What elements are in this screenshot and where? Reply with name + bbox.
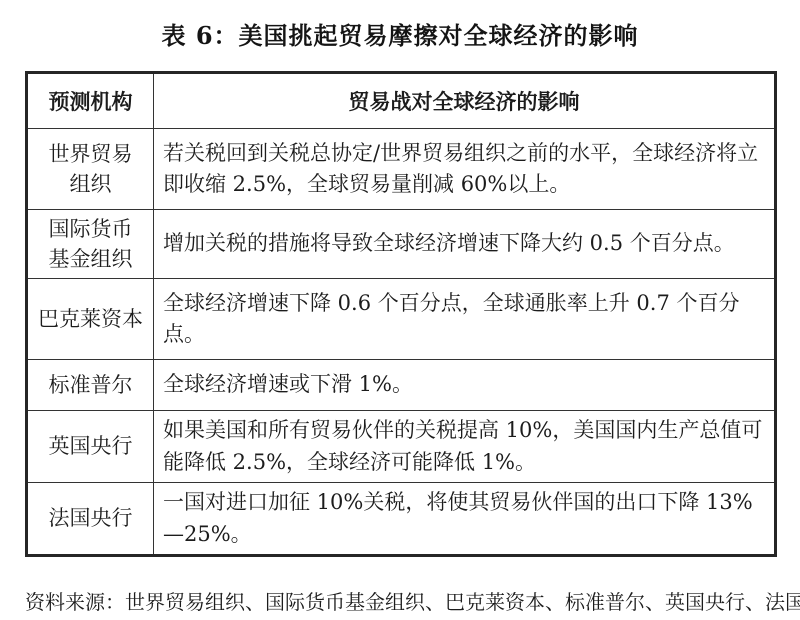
impact-cell: 若关税回到关税总协定/世界贸易组织之前的水平，全球经济将立即收缩 2.5%，全球… xyxy=(154,129,776,210)
impact-table: 预测机构 贸易战对全球经济的影响 世界贸易 组织 若关税回到关税总协定/世界贸易… xyxy=(25,71,777,557)
table-row-imf: 国际货币 基金组织 增加关税的措施将导致全球经济增速下降大约 0.5 个百分点。 xyxy=(27,210,776,279)
header-org: 预测机构 xyxy=(27,73,154,129)
table-row-barclays: 巴克莱资本 全球经济增速下降 0.6 个百分点，全球通胀率上升 0.7 个百分点… xyxy=(27,279,776,360)
table-row-boe: 英国央行 如果美国和所有贸易伙伴的关税提高 10%，美国国内生产总值可能降低 2… xyxy=(27,411,776,483)
org-cell: 巴克莱资本 xyxy=(27,279,154,360)
impact-cell: 如果美国和所有贸易伙伴的关税提高 10%，美国国内生产总值可能降低 2.5%，全… xyxy=(154,411,776,483)
table-row-bof: 法国央行 一国对进口加征 10%关税，将使其贸易伙伴国的出口下降 13%—25%… xyxy=(27,483,776,556)
org-cell: 世界贸易 组织 xyxy=(27,129,154,210)
impact-cell: 全球经济增速或下滑 1%。 xyxy=(154,360,776,411)
table-row-wto: 世界贸易 组织 若关税回到关税总协定/世界贸易组织之前的水平，全球经济将立即收缩… xyxy=(27,129,776,210)
table-header-row: 预测机构 贸易战对全球经济的影响 xyxy=(27,73,776,129)
org-cell: 法国央行 xyxy=(27,483,154,556)
document-page: 表 6：美国挑起贸易摩擦对全球经济的影响 预测机构 贸易战对全球经济的影响 世界… xyxy=(0,0,800,620)
org-cell: 标准普尔 xyxy=(27,360,154,411)
table-caption: 表 6：美国挑起贸易摩擦对全球经济的影响 xyxy=(0,0,800,51)
impact-cell: 全球经济增速下降 0.6 个百分点，全球通胀率上升 0.7 个百分点。 xyxy=(154,279,776,360)
source-note: 资料来源：世界贸易组织、国际货币基金组织、巴克莱资本、标准普尔、英国央行、法国央… xyxy=(25,583,800,620)
impact-cell: 一国对进口加征 10%关税，将使其贸易伙伴国的出口下降 13%—25%。 xyxy=(154,483,776,556)
impact-cell: 增加关税的措施将导致全球经济增速下降大约 0.5 个百分点。 xyxy=(154,210,776,279)
org-cell: 英国央行 xyxy=(27,411,154,483)
org-cell: 国际货币 基金组织 xyxy=(27,210,154,279)
table-row-sp: 标准普尔 全球经济增速或下滑 1%。 xyxy=(27,360,776,411)
header-impact: 贸易战对全球经济的影响 xyxy=(154,73,776,129)
